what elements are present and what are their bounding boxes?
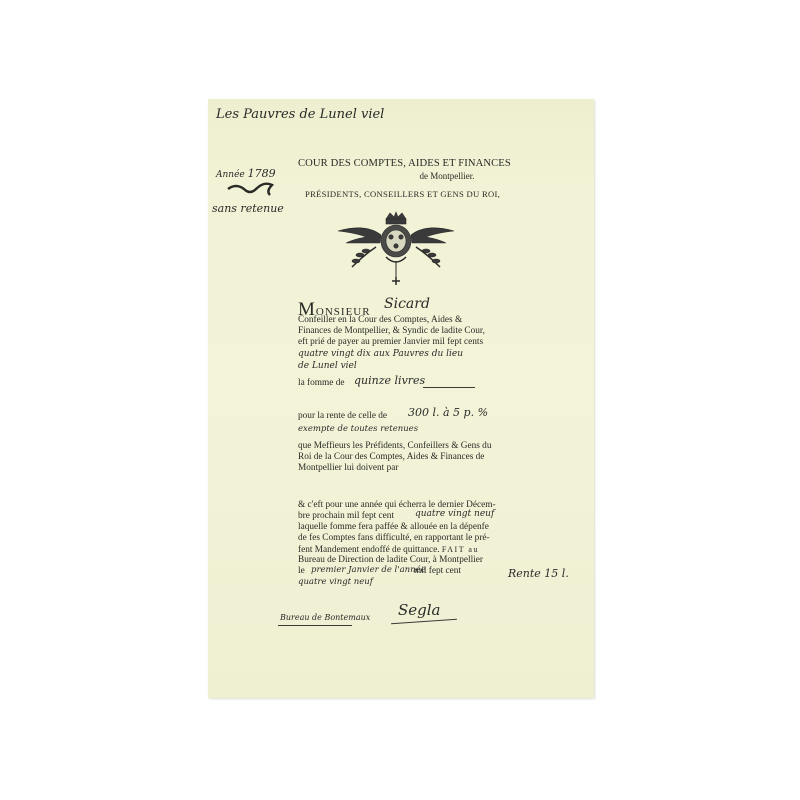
closing-line-7: le [298,566,305,577]
handwritten-place: de Lunel viel [298,361,357,372]
body-line-2: Finances de Montpellier, & Syndic de lad… [298,326,485,337]
sans-retenue-note: sans retenue [212,202,284,215]
rente-value: 300 l. à 5 p. % [408,407,488,418]
handwritten-date: premier Janvier de l'année [311,565,426,576]
court-officers: PRÉSIDENTS, CONSEILLERS ET GENS DU ROI, [305,189,500,199]
closing-line-8: mil fept cent [414,566,461,577]
par-line-3: Montpellier lui doivent par [298,463,398,474]
royal-crest-icon [336,211,456,297]
rente-label: pour la rente de celle de [298,411,387,422]
court-title: COUR DES COMPTES, AIDES ET FINANCES [298,158,511,169]
court-city: de Montpellier. [208,171,594,181]
somme-value: quinze livres [354,375,425,386]
document-page: Les Pauvres de Lunel viel Année 1789 san… [208,99,594,698]
addressee-name: Sicard [384,296,430,312]
par-line-1: que Meffieurs les Préfidents, Confeiller… [298,441,491,452]
closing-line-3: laquelle fomme fera paffée & allouée en … [298,522,489,533]
somme-underline [423,387,475,388]
handwritten-payees: quatre vingt dix aux Pauvres du lieu [298,349,463,360]
fait-label: FAIT au [442,545,479,554]
handwritten-closing-year-2: quatre vingt neuf [298,577,373,588]
closing-line-2: bre prochain mil fept cent [298,511,394,522]
signature-left-underline [278,625,352,626]
signature-right: Segla [398,601,441,619]
handwritten-header: Les Pauvres de Lunel viel [216,107,384,122]
signature-left: Bureau de Bontemaux [280,613,370,622]
signature-right-underline [391,619,457,625]
body-line-1: Confeiller en la Cour des Comptes, Aides… [298,315,462,326]
body-line-3: eft prié de payer au premier Janvier mil… [298,337,483,348]
closing-line-4: de fes Comptes fans difficulté, en rappo… [298,533,490,544]
handwritten-closing-year: quatre vingt neuf [415,509,494,520]
flourish-icon [226,181,276,199]
closing-line-5-text: fent Mandement endoffé de quittance. [298,545,440,555]
rente-note: exempte de toutes retenues [298,424,418,435]
amount-right: Rente 15 l. [508,567,569,580]
somme-label: la fomme de [298,378,344,389]
par-line-2: Roi de la Cour des Comptes, Aides & Fina… [298,452,484,463]
